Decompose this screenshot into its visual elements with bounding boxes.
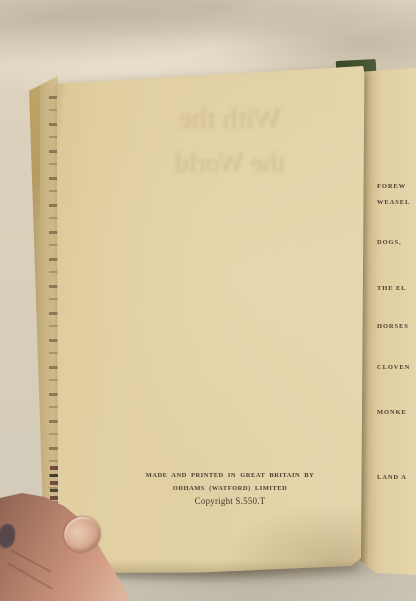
imprint-line2: ODHAMS (WATFORD) LIMITED [80,485,380,492]
contents-fragment: DOGS, [377,239,402,246]
contents-fragment: WEASEL [377,199,410,206]
printer-imprint: MADE AND PRINTED IN GREAT BRITAIN BY ODH… [80,472,380,506]
contents-fragment: FOREW [377,183,406,190]
show-through-line1: With the [105,102,355,136]
imprint-line1: MADE AND PRINTED IN GREAT BRITAIN BY [80,472,380,479]
contents-fragment: HORSES [377,323,409,330]
show-through-line2: the World [105,148,355,180]
contents-fragment: CLOVEN [377,364,410,371]
thumb-crease [7,562,53,590]
imprint-copyright: Copyright S.550.T [80,496,380,506]
contents-fragment: MONKE [377,409,407,416]
photo-open-book-scene: FOREW WEASEL DOGS, THE EL HORSES CLOVEN … [0,0,416,601]
contents-fragment: LAND A [377,474,407,481]
cover-edge-top [26,76,40,236]
title-show-through-text: With the the World [105,102,355,180]
contents-fragment: THE EL [377,285,406,292]
